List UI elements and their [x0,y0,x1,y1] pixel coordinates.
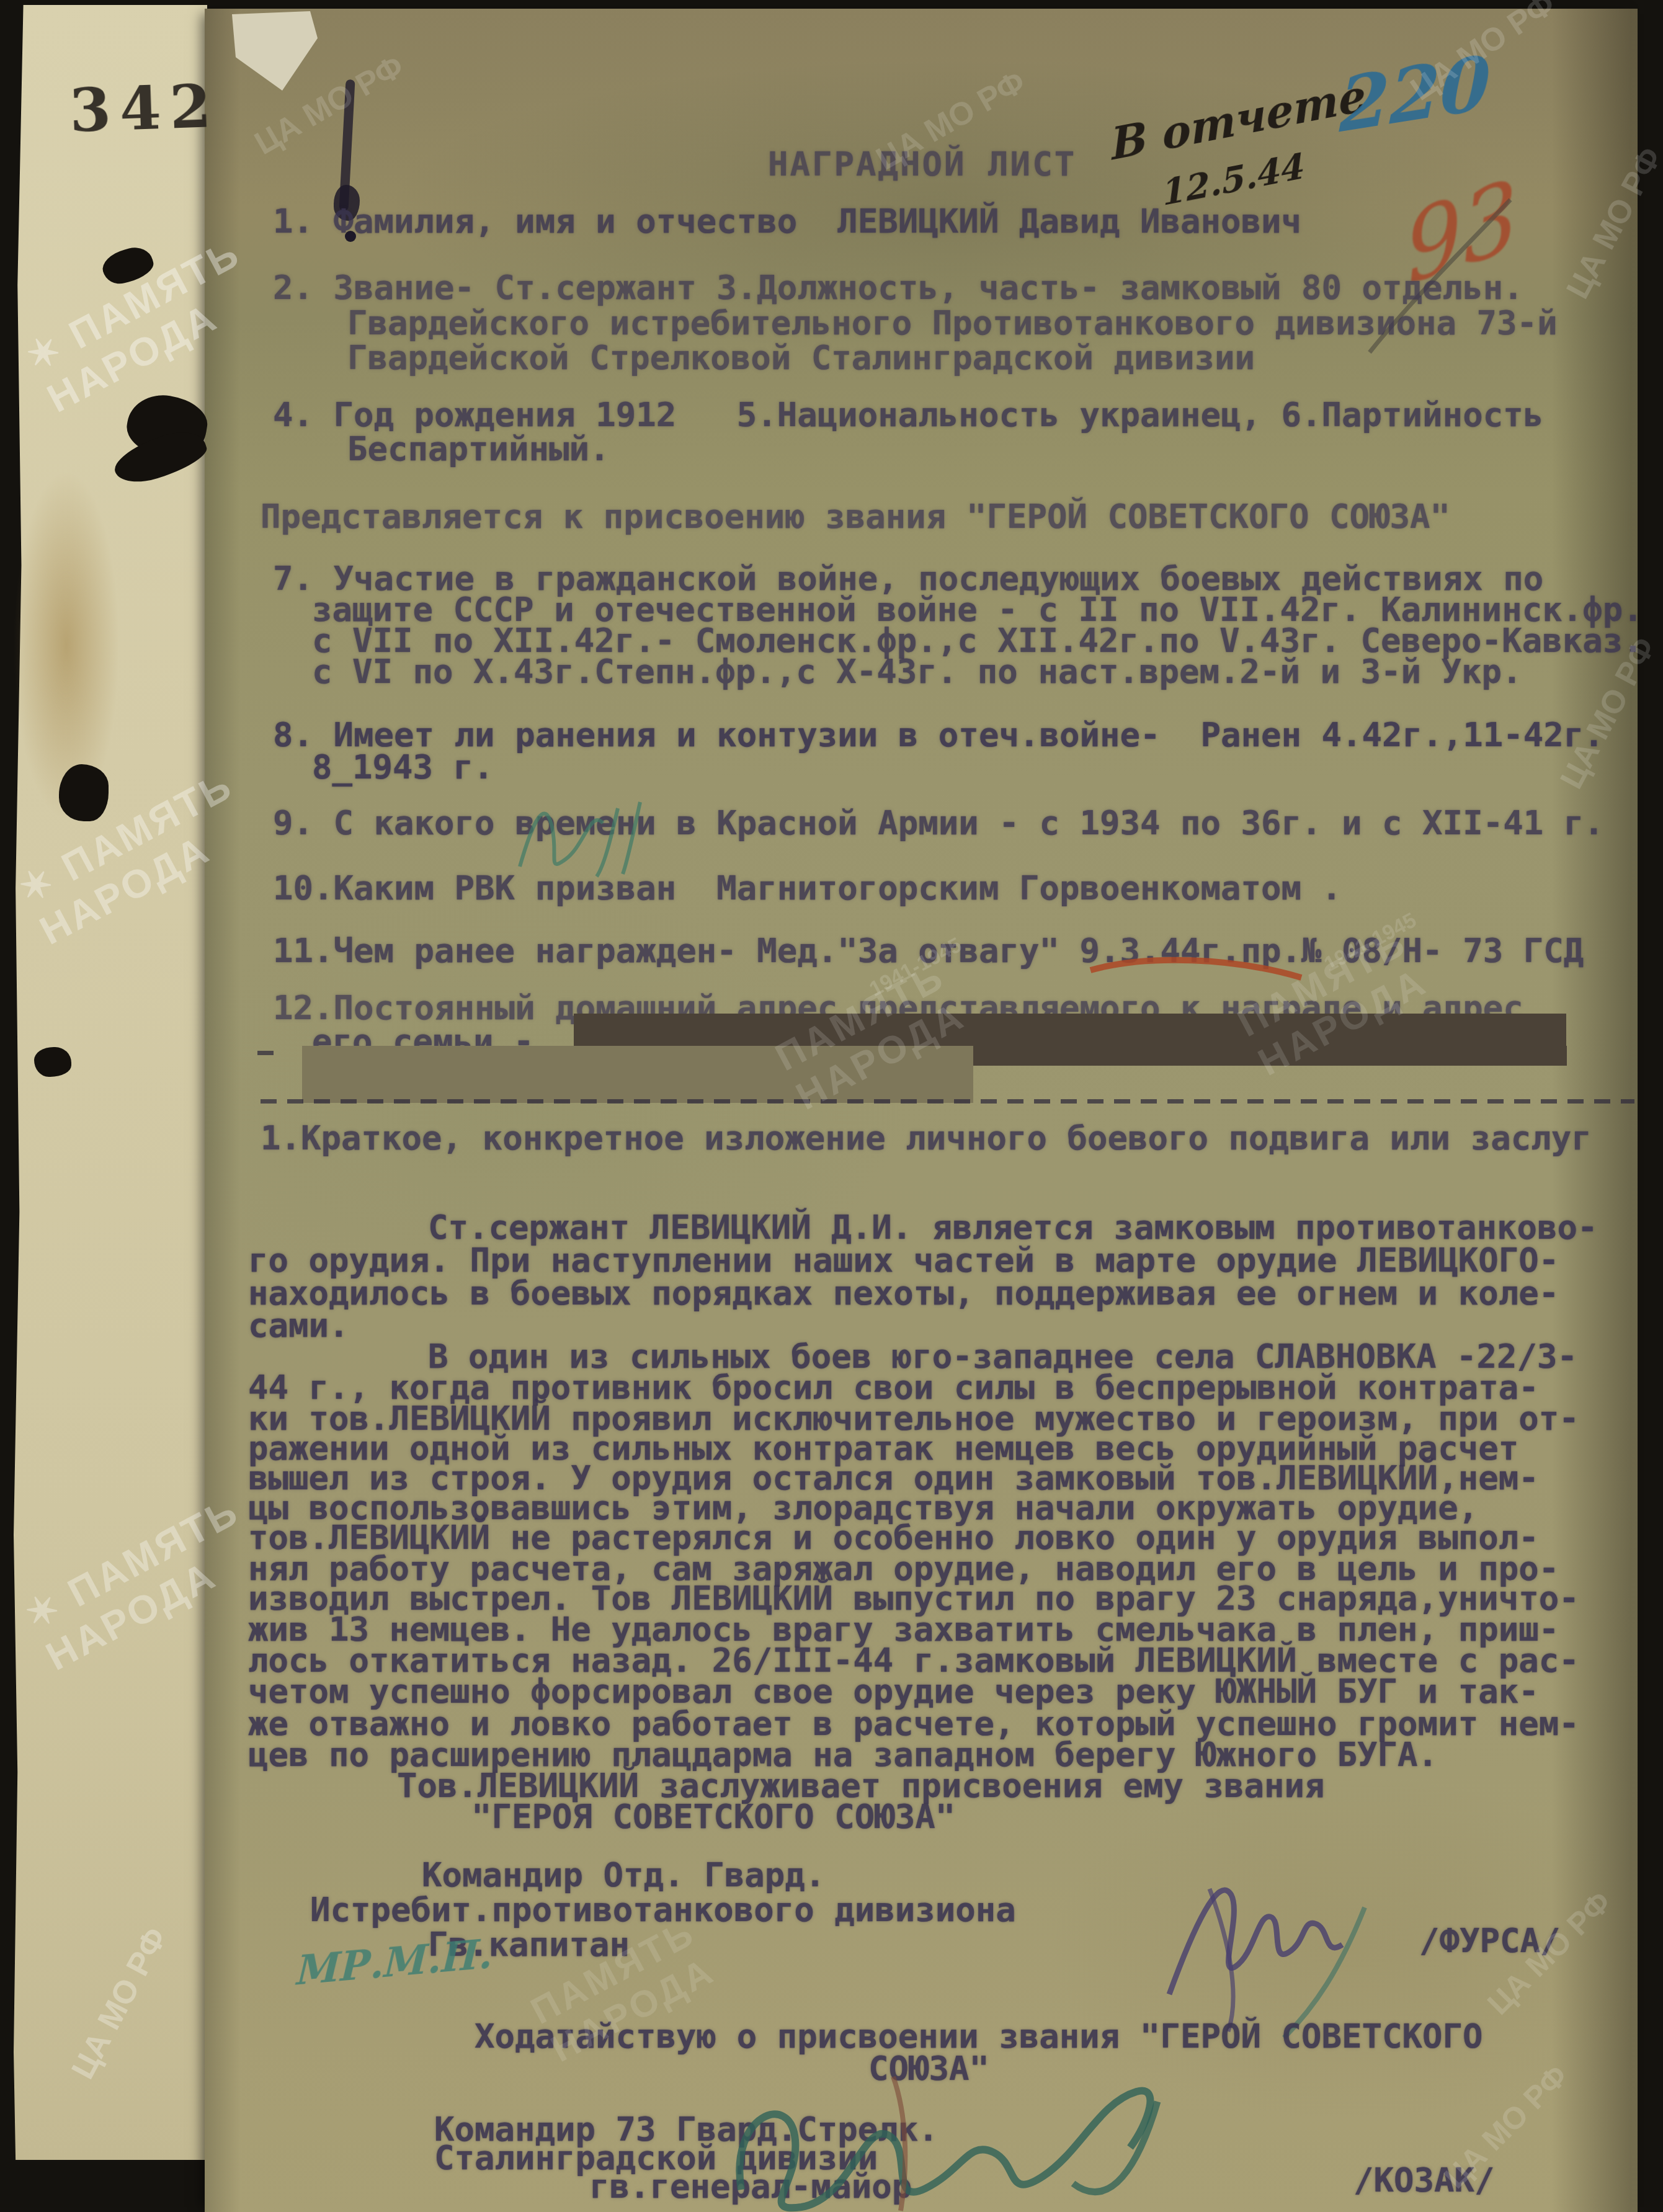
redaction-block [302,1046,973,1103]
fursa-signature [1135,1852,1408,2038]
signer-name: /КОЗАК/ [1353,2164,1495,2197]
typed-line: Представляется к присвоению звания "ГЕРО… [261,500,1450,533]
typed-line: 8. Имеет ли ранения и контузии в отеч.во… [273,718,1604,752]
typed-line: Гвардейского истребительного Противотанк… [347,306,1558,340]
typed-line: с VI по X.43г.Степн.фр.,с X-43г. по наст… [312,655,1522,689]
redaction-block [574,1014,1566,1050]
red-underline [1086,949,1309,986]
dashed-separator [261,1099,1634,1104]
typed-line: Ходатайствую о присвоении звания "ГЕРОЙ … [475,2020,1483,2053]
document-title: НАГРАДНОЙ ЛИСТ [768,148,1076,181]
ink-blot [34,1047,71,1077]
paper-stain [14,471,119,819]
typed-line: 8_1943 г. [312,751,494,784]
typed-line: четом успешно форсировал свое орудие чер… [248,1675,1539,1708]
typed-line: Командир Отд. Гвард. [422,1858,825,1892]
typed-line: находилось в боевых порядках пехоты, под… [248,1277,1559,1310]
typed-line: сами. [248,1309,349,1342]
typed-line: Гвардейской Стрелковой Сталинградской ди… [347,341,1255,375]
typed-line: 4. Год рождения 1912 5.Национальность ук… [273,398,1543,432]
green-scribble [509,785,695,884]
dash-mark [257,1051,279,1055]
signer-name: /ФУРСА/ [1419,1924,1561,1958]
award-sheet-scan: 342 В отчете 12.5.44 220 93 НАГРАДНОЙ ЛИ… [0,0,1663,2212]
typed-line: "ГЕРОЯ СОВЕТСКОГО СОЮЗА" [471,1800,955,1834]
typed-line: 11.Чем ранее награжден- Мед."За отвагу" … [273,934,1584,968]
typed-line: Беспартийный. [347,432,610,466]
typed-line: 10.Каким РВК призван Магнитогорским Горв… [273,872,1342,905]
typed-line: 9. С какого времени в Красной Армии - с … [273,806,1604,840]
typed-line: 1.Краткое, конкретное изложение личного … [261,1122,1592,1155]
page-number-stamp: 342 [68,71,221,146]
typed-line: 2. Звание- Ст.сержант 3.Должность, часть… [273,271,1523,305]
left-margin-strip [14,5,207,2160]
typed-line: го орудия. При наступлении наших частей … [248,1244,1559,1277]
kozak-signature [701,2066,1222,2212]
typed-line: Истребит.противотанкового дивизиона [310,1893,1016,1927]
typed-line: 1. Фамилия, имя и отчество ЛЕВИЦКИЙ Дави… [273,205,1301,238]
redaction-block [966,1046,1567,1066]
handwritten-number-blue: 220 [1339,45,1491,143]
ink-blot [59,764,109,821]
typed-line: Ст.сержант ЛЕВИЦКИЙ Д.И. является замков… [428,1211,1598,1244]
